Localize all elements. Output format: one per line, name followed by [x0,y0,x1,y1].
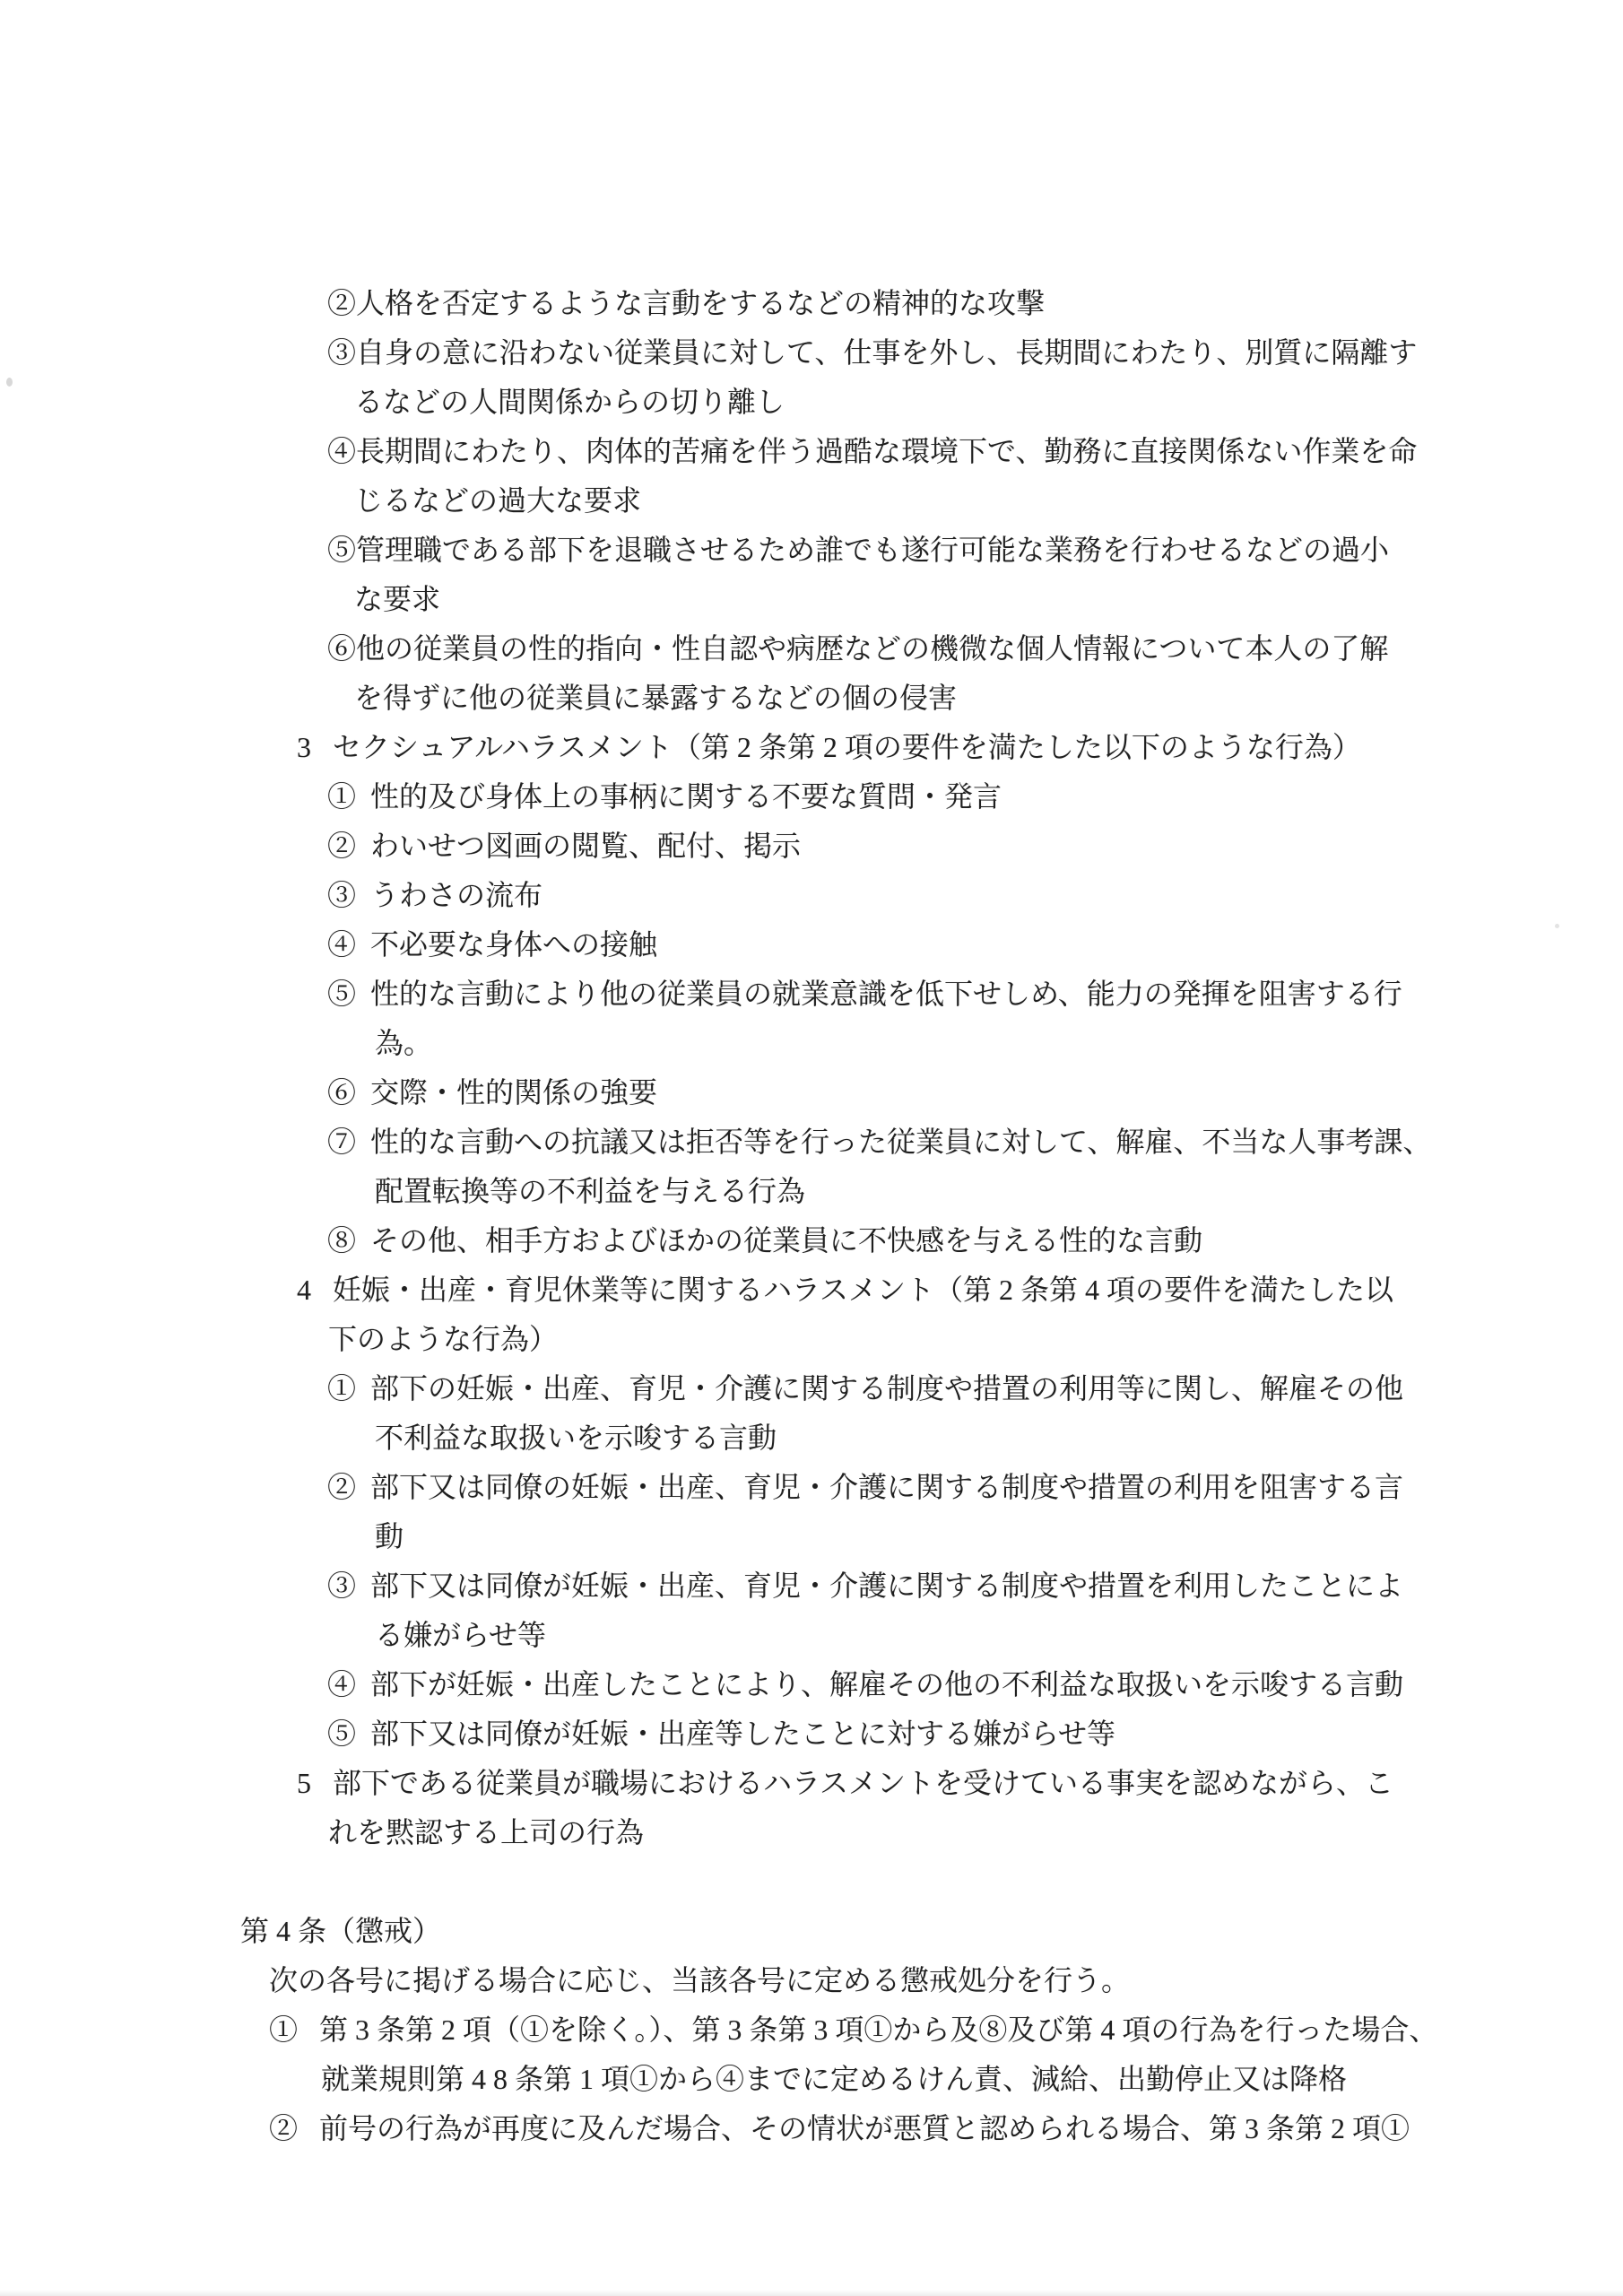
document-line: 動 [375,1512,1623,1561]
document-line: ④長期間にわたり、肉体的苦痛を伴う過酷な環境下で、勤務に直接関係ない作業を命 [327,427,1623,476]
document-line: れを黙認する上司の行為 [328,1808,1623,1857]
document-line: 次の各号に掲げる場合に応じ、当該各号に定める懲戒処分を行う。 [269,1956,1623,2005]
document-line: ⑤管理職である部下を退職させるため誰でも遂行可能な業務を行わせるなどの過小 [327,526,1623,575]
scan-artifact [1555,924,1559,928]
document-line: ②人格を否定するような言動をするなどの精神的な攻撃 [327,279,1623,328]
document-line: を得ずに他の従業員に暴露するなどの個の侵害 [354,674,1623,723]
document-line: ③自身の意に沿わない従業員に対して、仕事を外し、長期間にわたり、別質に隔離す [327,328,1623,378]
document-line: ⑦ 性的な言動への抗議又は拒否等を行った従業員に対して、解雇、不当な人事考課、 [327,1118,1623,1167]
document-line: 配置転換等の不利益を与える行為 [375,1167,1623,1216]
document-line: ③ うわさの流布 [327,871,1623,920]
document-line: 3 セクシュアルハラスメント（第 2 条第 2 項の要件を満たした以下のような行… [297,723,1623,772]
document-line: ⑤ 部下又は同僚が妊娠・出産等したことに対する嫌がらせ等 [327,1709,1623,1759]
document-line: ② 部下又は同僚の妊娠・出産、育児・介護に関する制度や措置の利用を阻害する言 [327,1463,1623,1512]
scan-edge [0,2290,1623,2296]
document-line: ② 前号の行為が再度に及んだ場合、その情状が悪質と認められる場合、第 3 条第 … [269,2104,1623,2153]
scan-artifact [6,378,13,387]
document-line: な要求 [354,575,1623,624]
document-line: じるなどの過大な要求 [354,476,1623,526]
document-line: ③ 部下又は同僚が妊娠・出産、育児・介護に関する制度や措置を利用したことによ [327,1561,1623,1611]
document-line: 就業規則第 4 8 条第 1 項①から④までに定めるけん責、減給、出勤停止又は降… [321,2055,1623,2104]
document-line: 5 部下である従業員が職場におけるハラスメントを受けている事実を認めながら、こ [297,1759,1623,1808]
document-line: 第 4 条（懲戒） [240,1907,1623,1956]
document-lines: ②人格を否定するような言動をするなどの精神的な攻撃③自身の意に沿わない従業員に対… [0,279,1623,2153]
document-line: ⑥他の従業員の性的指向・性自認や病歴などの機微な個人情報について本人の了解 [327,624,1623,674]
document-line [0,1857,1623,1907]
document-line: 下のような行為） [328,1315,1623,1364]
document-line: ⑥ 交際・性的関係の強要 [327,1068,1623,1118]
document-line: ④ 部下が妊娠・出産したことにより、解雇その他の不利益な取扱いを示唆する言動 [327,1660,1623,1709]
scanned-page: ②人格を否定するような言動をするなどの精神的な攻撃③自身の意に沿わない従業員に対… [0,0,1623,2296]
document-line: ⑤ 性的な言動により他の従業員の就業意識を低下せしめ、能力の発揮を阻害する行 [327,970,1623,1019]
document-line: 為。 [375,1019,1623,1068]
document-line: ① 部下の妊娠・出産、育児・介護に関する制度や措置の利用等に関し、解雇その他 [327,1364,1623,1413]
document-line: ② わいせつ図画の閲覧、配付、掲示 [327,822,1623,871]
document-line: ④ 不必要な身体への接触 [327,920,1623,970]
document-line: 不利益な取扱いを示唆する言動 [375,1413,1623,1463]
document-line: ① 性的及び身体上の事柄に関する不要な質問・発言 [327,772,1623,822]
document-line: るなどの人間関係からの切り離し [354,378,1623,427]
document-line: ⑧ その他、相手方およびほかの従業員に不快感を与える性的な言動 [327,1216,1623,1265]
document-line: る嫌がらせ等 [375,1611,1623,1660]
document-line: 4 妊娠・出産・育児休業等に関するハラスメント（第 2 条第 4 項の要件を満た… [297,1265,1623,1315]
document-line: ① 第 3 条第 2 項（①を除く。）、第 3 条第 3 項①から及⑧及び第 4… [269,2005,1623,2055]
